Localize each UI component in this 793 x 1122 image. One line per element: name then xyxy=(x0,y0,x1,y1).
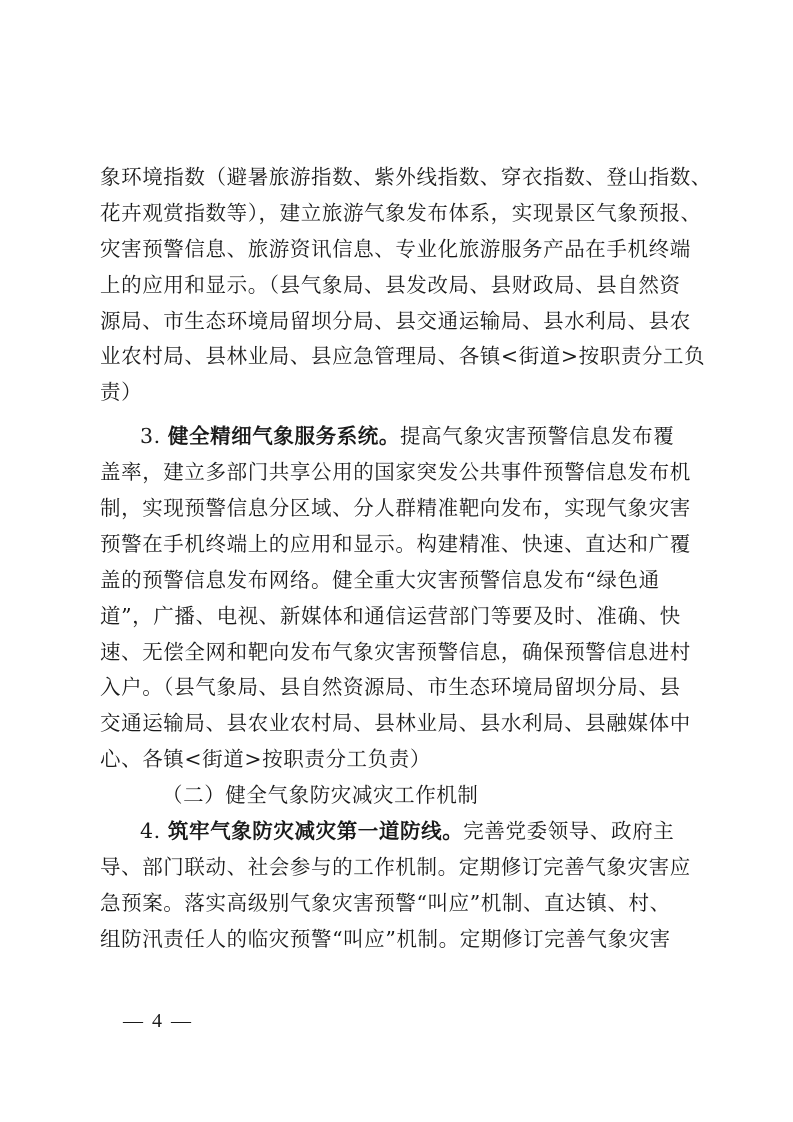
text-line: 交通运输局、县农业农村局、县林业局、县水利局、县融媒体中 xyxy=(100,706,710,742)
text-line: 责） xyxy=(100,375,710,411)
item-4-first-line-text: 完善党委领导、政府主 xyxy=(463,819,674,843)
text-line: 花卉观赏指数等），建立旅游气象发布体系，实现景区气象预报、 xyxy=(100,196,710,232)
paragraph-1: 象环境指数（避暑旅游指数、紫外线指数、穿衣指数、登山指数、 花卉观赏指数等），建… xyxy=(100,160,710,411)
text-line: 急预案。落实高级别气象灾害预警“叫应”机制、直达镇、村、 xyxy=(100,886,710,922)
text-line: 导、部门联动、社会参与的工作机制。定期修订完善气象灾害应 xyxy=(100,850,710,886)
text-line: 源局、市生态环境局留坝分局、县交通运输局、县水利局、县农 xyxy=(100,304,710,340)
item-3-paragraph: 3. 健全精细气象服务系统。提高气象灾害预警信息发布覆 盖率，建立多部门共享公用… xyxy=(100,419,710,778)
text-line: 速、无偿全网和靶向发布气象灾害预警信息，确保预警信息进村 xyxy=(100,635,710,671)
text-line: 上的应用和显示。（县气象局、县发改局、县财政局、县自然资 xyxy=(100,268,710,304)
text-line: 灾害预警信息、旅游资讯信息、专业化旅游服务产品在手机终端 xyxy=(100,232,710,268)
page-number: — 4 — xyxy=(123,1010,193,1033)
document-body: 象环境指数（避暑旅游指数、紫外线指数、穿衣指数、登山指数、 花卉观赏指数等），建… xyxy=(100,160,710,958)
text-line: 道”，广播、电视、新媒体和通信运营部门等要及时、准确、快 xyxy=(100,599,710,635)
text-line: 入户。（县气象局、县自然资源局、市生态环境局留坝分局、县 xyxy=(100,670,710,706)
item-3-first-line: 3. 健全精细气象服务系统。提高气象灾害预警信息发布覆 xyxy=(100,419,710,455)
item-4-first-line: 4. 筑牢气象防灾减灾第一道防线。完善党委领导、政府主 xyxy=(100,814,710,850)
text-line: 预警在手机终端上的应用和显示。构建精准、快速、直达和广覆 xyxy=(100,527,710,563)
item-4-heading: 筑牢气象防灾减灾第一道防线。 xyxy=(168,819,463,843)
item-3-number: 3. xyxy=(140,424,161,448)
item-4-paragraph: 4. 筑牢气象防灾减灾第一道防线。完善党委领导、政府主 导、部门联动、社会参与的… xyxy=(100,814,710,958)
section-2-heading: （二）健全气象防灾减灾工作机制 xyxy=(100,778,710,814)
text-line: 制，实现预警信息分区域、分人群精准靶向发布，实现气象灾害 xyxy=(100,491,710,527)
item-4-number: 4. xyxy=(140,819,161,843)
item-3-first-line-text: 提高气象灾害预警信息发布覆 xyxy=(400,424,674,448)
text-line: 盖的预警信息发布网络。健全重大灾害预警信息发布“绿色通 xyxy=(100,563,710,599)
text-line: 心、各镇<街道>按职责分工负责） xyxy=(100,742,710,778)
text-line: 象环境指数（避暑旅游指数、紫外线指数、穿衣指数、登山指数、 xyxy=(100,160,710,196)
text-line: 业农村局、县林业局、县应急管理局、各镇<街道>按职责分工负 xyxy=(100,339,710,375)
text-line: 组防汛责任人的临灾预警“叫应”机制。定期修订完善气象灾害 xyxy=(100,922,710,958)
text-line: 盖率，建立多部门共享公用的国家突发公共事件预警信息发布机 xyxy=(100,455,710,491)
item-3-heading: 健全精细气象服务系统。 xyxy=(168,424,400,448)
